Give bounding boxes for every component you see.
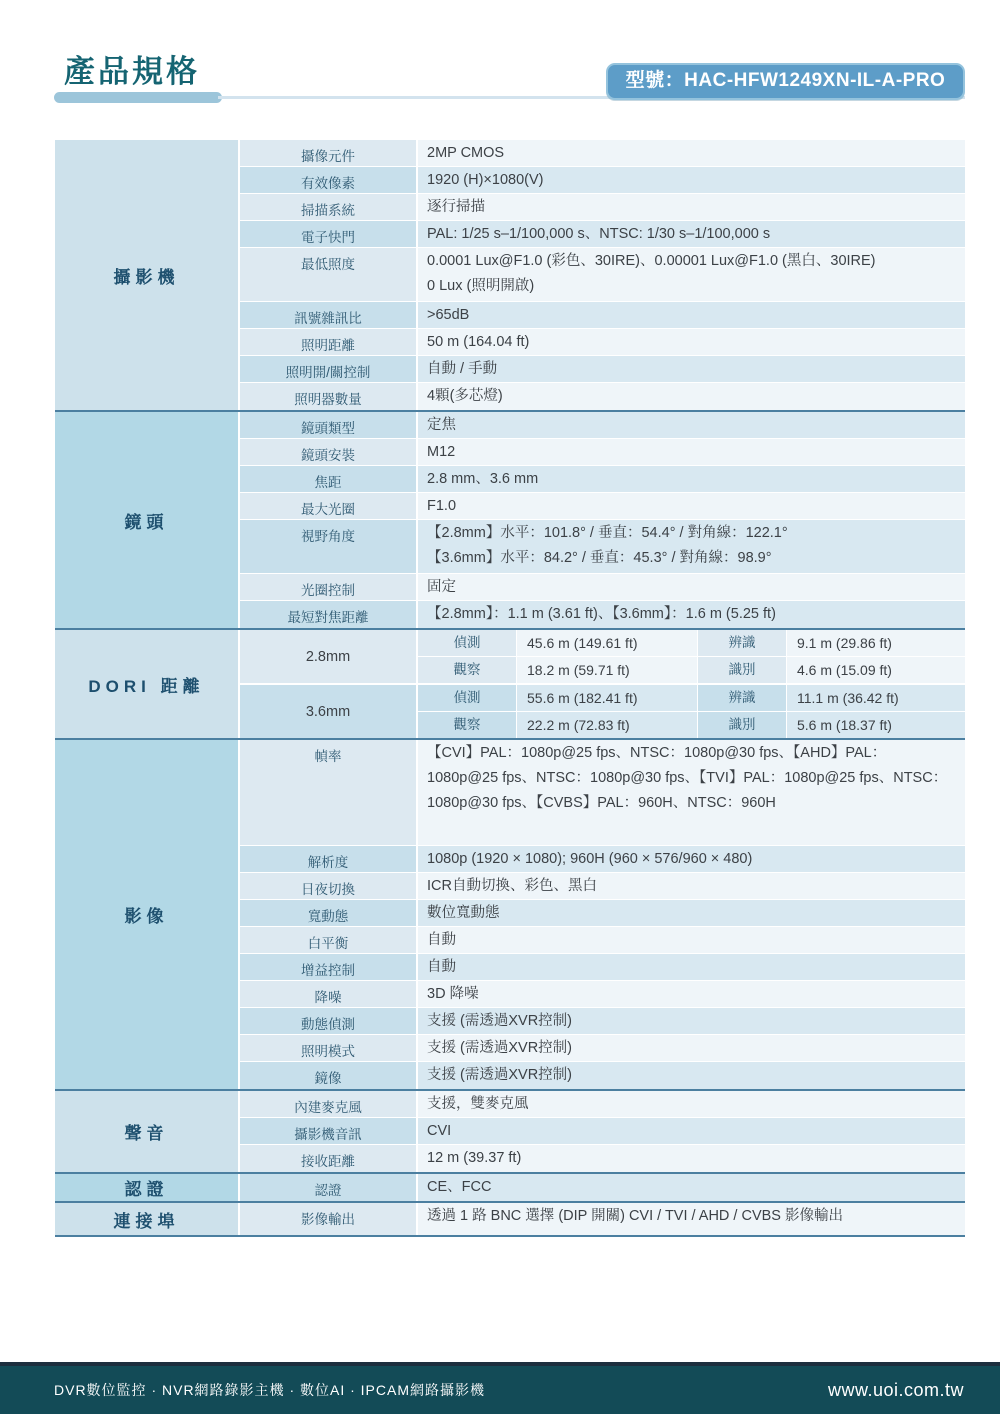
spec-label: 光圈控制: [240, 574, 418, 600]
spec-section: 影像幀率【CVI】PAL：1080p@25 fps、NTSC：1080p@30 …: [55, 738, 965, 1089]
spec-row: 內建麥克風支援，雙麥克風: [240, 1091, 965, 1118]
dori-metric-label: 識別: [698, 657, 786, 683]
spec-label: 最短對焦距離: [240, 601, 418, 628]
spec-row: 攝影機音訊CVI: [240, 1118, 965, 1145]
spec-value: 50 m (164.04 ft): [418, 329, 965, 355]
spec-value: CE、FCC: [418, 1174, 965, 1201]
spec-section: 認證認證CE、FCC: [55, 1172, 965, 1201]
spec-value: 支援 (需透過XVR控制): [418, 1008, 965, 1034]
spec-row: 攝像元件2MP CMOS: [240, 140, 965, 167]
spec-label: 最低照度: [240, 248, 418, 301]
spec-section: 攝影機攝像元件2MP CMOS有效像素1920 (H)×1080(V)掃描系統逐…: [55, 140, 965, 410]
page-title: 產品規格: [64, 46, 200, 91]
spec-label: 日夜切換: [240, 873, 418, 899]
dori-metric-value: 4.6 m (15.09 ft): [787, 657, 965, 683]
spec-row: 動態偵測支援 (需透過XVR控制): [240, 1008, 965, 1035]
spec-value: 3D 降噪: [418, 981, 965, 1007]
spec-label: 視野角度: [240, 520, 418, 573]
dori-metric-value: 9.1 m (29.86 ft): [787, 630, 965, 656]
spec-table: 攝影機攝像元件2MP CMOS有效像素1920 (H)×1080(V)掃描系統逐…: [55, 140, 965, 1237]
spec-row: 最大光圈F1.0: [240, 493, 965, 520]
dori-block: 2.8mm偵測45.6 m (149.61 ft)辨識9.1 m (29.86 …: [240, 630, 965, 685]
spec-row: 白平衡自動: [240, 927, 965, 954]
spec-row: 鏡像支援 (需透過XVR控制): [240, 1062, 965, 1089]
spec-row: 鏡頭類型定焦: [240, 412, 965, 439]
spec-value: 2MP CMOS: [418, 140, 965, 166]
category-cell: 攝影機: [55, 140, 240, 410]
spec-row: 最短對焦距離【2.8mm】：1.1 m (3.61 ft)、【3.6mm】：1.…: [240, 601, 965, 628]
spec-label: 幀率: [240, 740, 418, 845]
spec-row: 認證CE、FCC: [240, 1174, 965, 1201]
spec-label: 掃描系統: [240, 194, 418, 220]
section-rows: 幀率【CVI】PAL：1080p@25 fps、NTSC：1080p@30 fp…: [240, 740, 965, 1089]
dori-block: 3.6mm偵測55.6 m (182.41 ft)辨識11.1 m (36.42…: [240, 685, 965, 738]
spec-label: 鏡像: [240, 1062, 418, 1089]
spec-value: PAL: 1/25 s–1/100,000 s、NTSC: 1/30 s–1/1…: [418, 221, 965, 247]
dori-metric-label: 辨識: [698, 685, 786, 711]
spec-row: 降噪3D 降噪: [240, 981, 965, 1008]
spec-label: 增益控制: [240, 954, 418, 980]
category-cell: 連接埠: [55, 1203, 240, 1235]
category-cell: 影像: [55, 740, 240, 1089]
spec-value: 定焦: [418, 412, 965, 438]
category-cell: 聲音: [55, 1091, 240, 1172]
section-rows: 攝像元件2MP CMOS有效像素1920 (H)×1080(V)掃描系統逐行掃描…: [240, 140, 965, 410]
footer-website: www.uoi.com.tw: [828, 1380, 964, 1401]
section-rows: 鏡頭類型定焦鏡頭安裝M12焦距2.8 mm、3.6 mm最大光圈F1.0視野角度…: [240, 412, 965, 628]
spec-label: 鏡頭類型: [240, 412, 418, 438]
dori-focal-cell: 3.6mm: [240, 685, 418, 738]
dori-metric-label: 偵測: [418, 630, 516, 656]
dori-grid: 偵測55.6 m (182.41 ft)辨識11.1 m (36.42 ft)觀…: [418, 685, 965, 738]
dori-focal-cell: 2.8mm: [240, 630, 418, 683]
spec-row: 鏡頭安裝M12: [240, 439, 965, 466]
category-cell: DORI 距離: [55, 630, 240, 738]
spec-value: 支援 (需透過XVR控制): [418, 1062, 965, 1089]
spec-label: 動態偵測: [240, 1008, 418, 1034]
spec-label: 照明開/關控制: [240, 356, 418, 382]
spec-label: 寬動態: [240, 900, 418, 926]
spec-row: 日夜切換ICR自動切換、彩色、黑白: [240, 873, 965, 900]
spec-value: >65dB: [418, 302, 965, 328]
spec-value: 1920 (H)×1080(V): [418, 167, 965, 193]
spec-label: 認證: [240, 1174, 418, 1201]
spec-label: 焦距: [240, 466, 418, 492]
spec-value: 透過 1 路 BNC 選擇 (DIP 開關) CVI / TVI / AHD /…: [418, 1203, 965, 1235]
spec-label: 解析度: [240, 846, 418, 872]
spec-value: 1080p (1920 × 1080); 960H (960 × 576/960…: [418, 846, 965, 872]
dori-metric-label: 辨識: [698, 630, 786, 656]
spec-value: 支援 (需透過XVR控制): [418, 1035, 965, 1061]
spec-label: 照明模式: [240, 1035, 418, 1061]
spec-label: 鏡頭安裝: [240, 439, 418, 465]
spec-value: M12: [418, 439, 965, 465]
dori-metric-label: 偵測: [418, 685, 516, 711]
spec-label: 接收距離: [240, 1145, 418, 1172]
spec-row: 有效像素1920 (H)×1080(V): [240, 167, 965, 194]
spec-section: 鏡頭鏡頭類型定焦鏡頭安裝M12焦距2.8 mm、3.6 mm最大光圈F1.0視野…: [55, 410, 965, 628]
spec-label: 攝影機音訊: [240, 1118, 418, 1144]
spec-value: 【CVI】PAL：1080p@25 fps、NTSC：1080p@30 fps、…: [418, 740, 965, 845]
spec-value: 【2.8mm】：1.1 m (3.61 ft)、【3.6mm】：1.6 m (5…: [418, 601, 965, 628]
category-cell: 認證: [55, 1174, 240, 1201]
spec-label: 照明距離: [240, 329, 418, 355]
spec-value: CVI: [418, 1118, 965, 1144]
spec-row: 視野角度【2.8mm】水平：101.8° / 垂直：54.4° / 對角線：12…: [240, 520, 965, 574]
section-rows: 2.8mm偵測45.6 m (149.61 ft)辨識9.1 m (29.86 …: [240, 630, 965, 738]
spec-row: 掃描系統逐行掃描: [240, 194, 965, 221]
dori-metric-value: 22.2 m (72.83 ft): [517, 712, 697, 738]
spec-value: 自動: [418, 927, 965, 953]
spec-value: 自動 / 手動: [418, 356, 965, 382]
spec-label: 訊號雜訊比: [240, 302, 418, 328]
spec-row: 照明距離50 m (164.04 ft): [240, 329, 965, 356]
spec-label: 影像輸出: [240, 1203, 418, 1235]
spec-label: 攝像元件: [240, 140, 418, 166]
spec-row: 影像輸出透過 1 路 BNC 選擇 (DIP 開關) CVI / TVI / A…: [240, 1203, 965, 1235]
dori-metric-value: 55.6 m (182.41 ft): [517, 685, 697, 711]
title-underline-pill: [54, 92, 222, 103]
section-rows: 認證CE、FCC: [240, 1174, 965, 1201]
model-number-badge: 型號：HAC-HFW1249XN-IL-A-PRO: [606, 63, 965, 100]
spec-row: 寬動態數位寬動態: [240, 900, 965, 927]
spec-label: 降噪: [240, 981, 418, 1007]
spec-row: 電子快門PAL: 1/25 s–1/100,000 s、NTSC: 1/30 s…: [240, 221, 965, 248]
dori-grid: 偵測45.6 m (149.61 ft)辨識9.1 m (29.86 ft)觀察…: [418, 630, 965, 683]
spec-row: 訊號雜訊比>65dB: [240, 302, 965, 329]
section-rows: 內建麥克風支援，雙麥克風攝影機音訊CVI接收距離12 m (39.37 ft): [240, 1091, 965, 1172]
spec-section: 連接埠影像輸出透過 1 路 BNC 選擇 (DIP 開關) CVI / TVI …: [55, 1201, 965, 1235]
spec-value: 0.0001 Lux@F1.0 (彩色、30IRE)、0.00001 Lux@F…: [418, 248, 965, 301]
spec-row: 解析度1080p (1920 × 1080); 960H (960 × 576/…: [240, 846, 965, 873]
spec-value: ICR自動切換、彩色、黑白: [418, 873, 965, 899]
spec-value: F1.0: [418, 493, 965, 519]
spec-label: 有效像素: [240, 167, 418, 193]
spec-value: 數位寬動態: [418, 900, 965, 926]
spec-value: 逐行掃描: [418, 194, 965, 220]
dori-metric-value: 18.2 m (59.71 ft): [517, 657, 697, 683]
dori-metric-label: 識別: [698, 712, 786, 738]
footer-product-lines: DVR數位監控 · NVR網路錄影主機 · 數位AI · IPCAM網路攝影機: [54, 1380, 485, 1400]
spec-row: 焦距2.8 mm、3.6 mm: [240, 466, 965, 493]
spec-label: 內建麥克風: [240, 1091, 418, 1117]
footer-bar: DVR數位監控 · NVR網路錄影主機 · 數位AI · IPCAM網路攝影機 …: [0, 1362, 1000, 1414]
spec-row: 照明器數量4顆(多芯燈): [240, 383, 965, 410]
spec-label: 最大光圈: [240, 493, 418, 519]
dori-metric-value: 11.1 m (36.42 ft): [787, 685, 965, 711]
spec-label: 照明器數量: [240, 383, 418, 410]
spec-value: 12 m (39.37 ft): [418, 1145, 965, 1172]
spec-row: 增益控制自動: [240, 954, 965, 981]
dori-metric-value: 5.6 m (18.37 ft): [787, 712, 965, 738]
spec-label: 電子快門: [240, 221, 418, 247]
spec-row: 最低照度0.0001 Lux@F1.0 (彩色、30IRE)、0.00001 L…: [240, 248, 965, 302]
spec-value: 固定: [418, 574, 965, 600]
dori-metric-label: 觀察: [418, 712, 516, 738]
spec-row: 幀率【CVI】PAL：1080p@25 fps、NTSC：1080p@30 fp…: [240, 740, 965, 846]
spec-value: 4顆(多芯燈): [418, 383, 965, 410]
spec-row: 接收距離12 m (39.37 ft): [240, 1145, 965, 1172]
spec-value: 自動: [418, 954, 965, 980]
spec-section: 聲音內建麥克風支援，雙麥克風攝影機音訊CVI接收距離12 m (39.37 ft…: [55, 1089, 965, 1172]
spec-row: 照明開/關控制自動 / 手動: [240, 356, 965, 383]
spec-value: 支援，雙麥克風: [418, 1091, 965, 1117]
category-cell: 鏡頭: [55, 412, 240, 628]
spec-row: 光圈控制固定: [240, 574, 965, 601]
spec-label: 白平衡: [240, 927, 418, 953]
dori-metric-label: 觀察: [418, 657, 516, 683]
section-rows: 影像輸出透過 1 路 BNC 選擇 (DIP 開關) CVI / TVI / A…: [240, 1203, 965, 1235]
spec-row: 照明模式支援 (需透過XVR控制): [240, 1035, 965, 1062]
spec-value: 2.8 mm、3.6 mm: [418, 466, 965, 492]
spec-value: 【2.8mm】水平：101.8° / 垂直：54.4° / 對角線：122.1°…: [418, 520, 965, 573]
spec-section: DORI 距離2.8mm偵測45.6 m (149.61 ft)辨識9.1 m …: [55, 628, 965, 738]
dori-metric-value: 45.6 m (149.61 ft): [517, 630, 697, 656]
